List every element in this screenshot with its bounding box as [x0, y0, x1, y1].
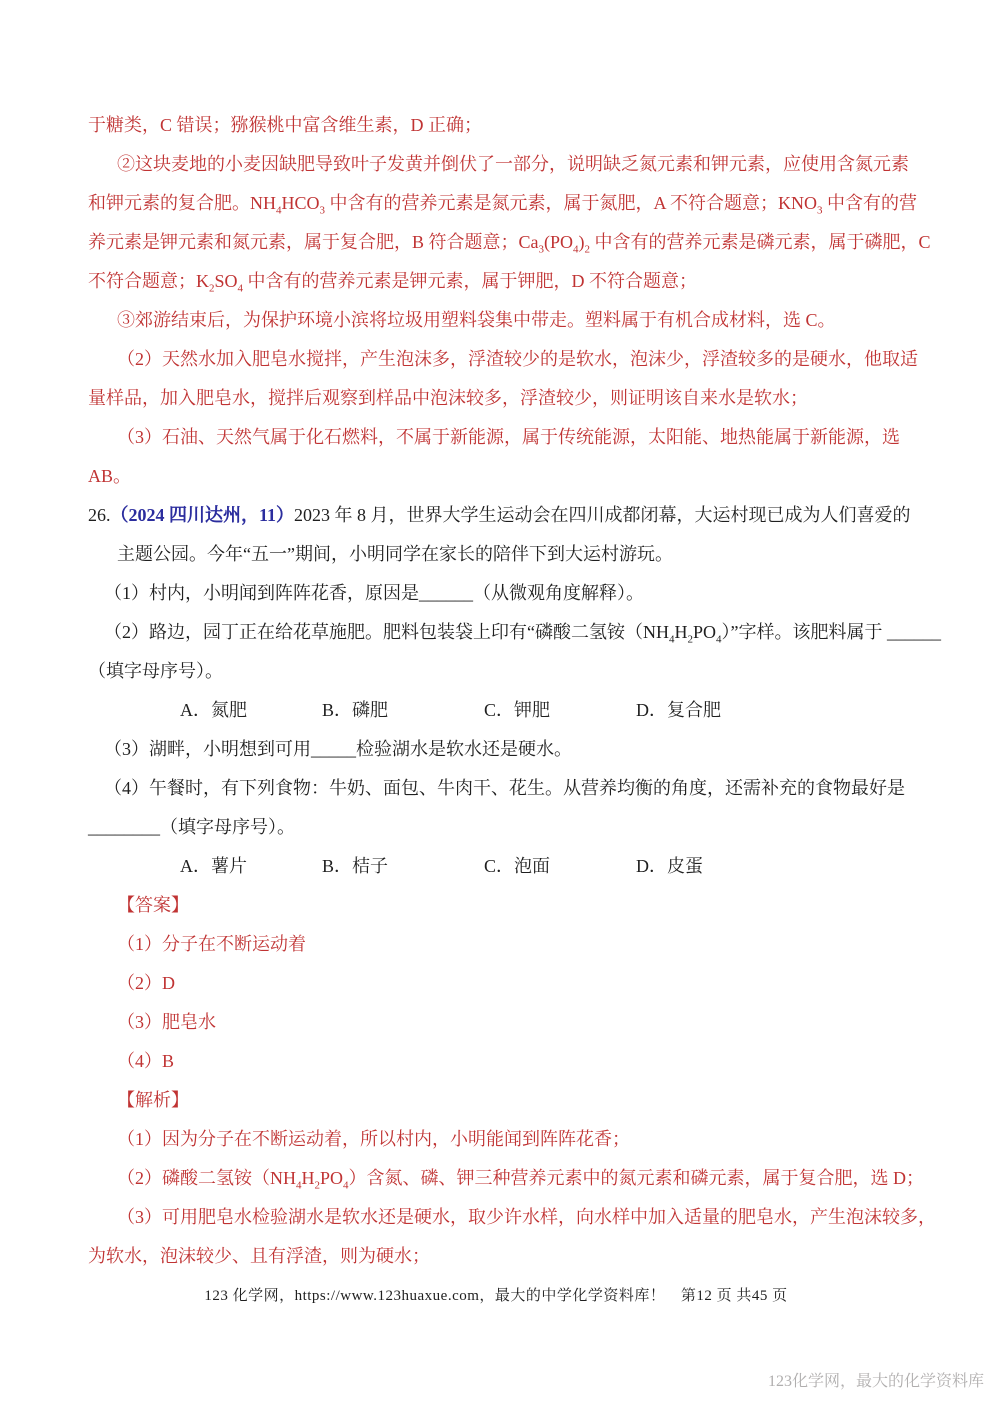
- doc-line: （4）B: [88, 1042, 912, 1081]
- doc-line: 主题公园。今年“五一”期间，小明同学在家长的陪伴下到大运村游玩。: [88, 535, 912, 574]
- text-segment: （3）可用肥皂水检验湖水是软水还是硬水，取少许水样，向水样中加入适量的肥皂水，产…: [117, 1207, 936, 1227]
- text-segment: 量样品，加入肥皂水，搅拌后观察到样品中泡沫较多，浮渣较少，则证明该自来水是软水；: [88, 388, 808, 408]
- doc-line: 不符合题意；K2SO4 中含有的营养元素是钾元素，属于钾肥，D 不符合题意；: [88, 262, 912, 301]
- doc-line: 养元素是钾元素和氮元素，属于复合肥，B 符合题意；Ca3(PO4)2 中含有的营…: [88, 223, 912, 262]
- text-segment: （2）天然水加入肥皂水搅拌，产生泡沫多，浮渣较少的是软水，泡沫少，浮渣较多的是硬…: [117, 349, 918, 369]
- doc-line: AB。: [88, 457, 912, 496]
- doc-line: 和钾元素的复合肥。NH4HCO3 中含有的营养元素是氮元素，属于氮肥，A 不符合…: [88, 184, 912, 223]
- options-row: A．氮肥B．磷肥C．钾肥D．复合肥: [88, 691, 912, 730]
- option-item: C．钾肥: [484, 691, 550, 730]
- document-body: 于糖类，C 错误；猕猴桃中富含维生素，D 正确；②这块麦地的小麦因缺肥导致叶子发…: [0, 0, 992, 1276]
- page-footer: 123 化学网，https://www.123huaxue.com，最大的中学化…: [0, 1284, 992, 1305]
- option-item: A．氮肥: [180, 691, 247, 730]
- text-segment: （2）路边，园丁正在给花草施肥。肥料包装袋上印有“磷酸二氢铵（NH4H2PO4）…: [104, 622, 941, 642]
- doc-line: （1）因为分子在不断运动着，所以村内，小明能闻到阵阵花香；: [88, 1120, 912, 1159]
- option-item: D．皮蛋: [636, 847, 703, 886]
- text-segment: 26.: [88, 505, 111, 525]
- text-segment: （1）村内，小明闻到阵阵花香，原因是______（从微观角度解释）。: [104, 583, 644, 603]
- doc-line: （3）可用肥皂水检验湖水是软水还是硬水，取少许水样，向水样中加入适量的肥皂水，产…: [88, 1198, 912, 1237]
- option-item: A．薯片: [180, 847, 247, 886]
- doc-line: （2）天然水加入肥皂水搅拌，产生泡沫多，浮渣较少的是软水，泡沫少，浮渣较多的是硬…: [88, 340, 912, 379]
- doc-line: 【答案】: [88, 886, 912, 925]
- doc-line: 于糖类，C 错误；猕猴桃中富含维生素，D 正确；: [88, 106, 912, 145]
- option-item: B．桔子: [322, 847, 388, 886]
- doc-line: （3）石油、天然气属于化石燃料，不属于新能源，属于传统能源，太阳能、地热能属于新…: [88, 418, 912, 457]
- text-segment: （2）磷酸二氢铵（NH4H2PO4）含氮、磷、钾三种营养元素中的氮元素和磷元素，…: [117, 1168, 924, 1188]
- text-segment: （1）因为分子在不断运动着，所以村内，小明能闻到阵阵花香；: [117, 1129, 630, 1149]
- text-segment: （3）湖畔，小明想到可用_____检验湖水是软水还是硬水。: [104, 739, 572, 759]
- text-segment: （2024 四川达州，11）: [111, 505, 295, 525]
- doc-line: 26.（2024 四川达州，11）2023 年 8 月，世界大学生运动会在四川成…: [88, 496, 912, 535]
- text-segment: （1）分子在不断运动着: [117, 934, 306, 954]
- options-row: A．薯片B．桔子C．泡面D．皮蛋: [88, 847, 912, 886]
- option-item: C．泡面: [484, 847, 550, 886]
- text-segment: 2023 年 8 月，世界大学生运动会在四川成都闭幕，大运村现已成为人们喜爱的: [294, 505, 911, 525]
- doc-line: （4）午餐时，有下列食物：牛奶、面包、牛肉干、花生。从营养均衡的角度，还需补充的…: [88, 769, 912, 808]
- text-segment: ③郊游结束后，为保护环境小滨将垃圾用塑料袋集中带走。塑料属于有机合成材料，选 C…: [117, 310, 836, 330]
- text-segment: AB。: [88, 466, 131, 486]
- text-segment: ________（填字母序号）。: [88, 817, 295, 837]
- text-segment: 于糖类，C 错误；猕猴桃中富含维生素，D 正确；: [88, 115, 482, 135]
- doc-line: 为软水，泡沫较少、且有浮渣，则为硬水；: [88, 1237, 912, 1276]
- text-segment: （3）肥皂水: [117, 1012, 216, 1032]
- watermark: 123化学网，最大的化学资料库: [768, 1368, 984, 1391]
- option-item: B．磷肥: [322, 691, 388, 730]
- doc-line: （2）路边，园丁正在给花草施肥。肥料包装袋上印有“磷酸二氢铵（NH4H2PO4）…: [88, 613, 912, 652]
- doc-line: （3）湖畔，小明想到可用_____检验湖水是软水还是硬水。: [88, 730, 912, 769]
- text-segment: （4）B: [117, 1051, 174, 1071]
- doc-line: ②这块麦地的小麦因缺肥导致叶子发黄并倒伏了一部分，说明缺乏氮元素和钾元素，应使用…: [88, 145, 912, 184]
- text-segment: （填字母序号）。: [88, 661, 223, 681]
- text-segment: （4）午餐时，有下列食物：牛奶、面包、牛肉干、花生。从营养均衡的角度，还需补充的…: [104, 778, 905, 798]
- doc-line: （1）村内，小明闻到阵阵花香，原因是______（从微观角度解释）。: [88, 574, 912, 613]
- text-segment: 和钾元素的复合肥。NH4HCO3 中含有的营养元素是氮元素，属于氮肥，A 不符合…: [88, 193, 917, 213]
- doc-line: （3）肥皂水: [88, 1003, 912, 1042]
- document-page: 于糖类，C 错误；猕猴桃中富含维生素，D 正确；②这块麦地的小麦因缺肥导致叶子发…: [0, 0, 992, 1403]
- text-segment: （3）石油、天然气属于化石燃料，不属于新能源，属于传统能源，太阳能、地热能属于新…: [117, 427, 900, 447]
- text-segment: （2）D: [117, 973, 175, 993]
- doc-line: 【解析】: [88, 1081, 912, 1120]
- doc-line: （填字母序号）。: [88, 652, 912, 691]
- doc-line: （2）磷酸二氢铵（NH4H2PO4）含氮、磷、钾三种营养元素中的氮元素和磷元素，…: [88, 1159, 912, 1198]
- doc-line: 量样品，加入肥皂水，搅拌后观察到样品中泡沫较多，浮渣较少，则证明该自来水是软水；: [88, 379, 912, 418]
- text-segment: 为软水，泡沫较少、且有浮渣，则为硬水；: [88, 1246, 430, 1266]
- text-segment: 不符合题意；K2SO4 中含有的营养元素是钾元素，属于钾肥，D 不符合题意；: [88, 271, 697, 291]
- doc-line: ③郊游结束后，为保护环境小滨将垃圾用塑料袋集中带走。塑料属于有机合成材料，选 C…: [88, 301, 912, 340]
- doc-line: ________（填字母序号）。: [88, 808, 912, 847]
- doc-line: （1）分子在不断运动着: [88, 925, 912, 964]
- text-segment: 【答案】: [117, 895, 189, 915]
- text-segment: 主题公园。今年“五一”期间，小明同学在家长的陪伴下到大运村游玩。: [117, 544, 673, 564]
- doc-line: （2）D: [88, 964, 912, 1003]
- text-segment: 【解析】: [117, 1090, 189, 1110]
- text-segment: 养元素是钾元素和氮元素，属于复合肥，B 符合题意；Ca3(PO4)2 中含有的营…: [88, 232, 931, 252]
- option-item: D．复合肥: [636, 691, 721, 730]
- text-segment: ②这块麦地的小麦因缺肥导致叶子发黄并倒伏了一部分，说明缺乏氮元素和钾元素，应使用…: [117, 154, 909, 174]
